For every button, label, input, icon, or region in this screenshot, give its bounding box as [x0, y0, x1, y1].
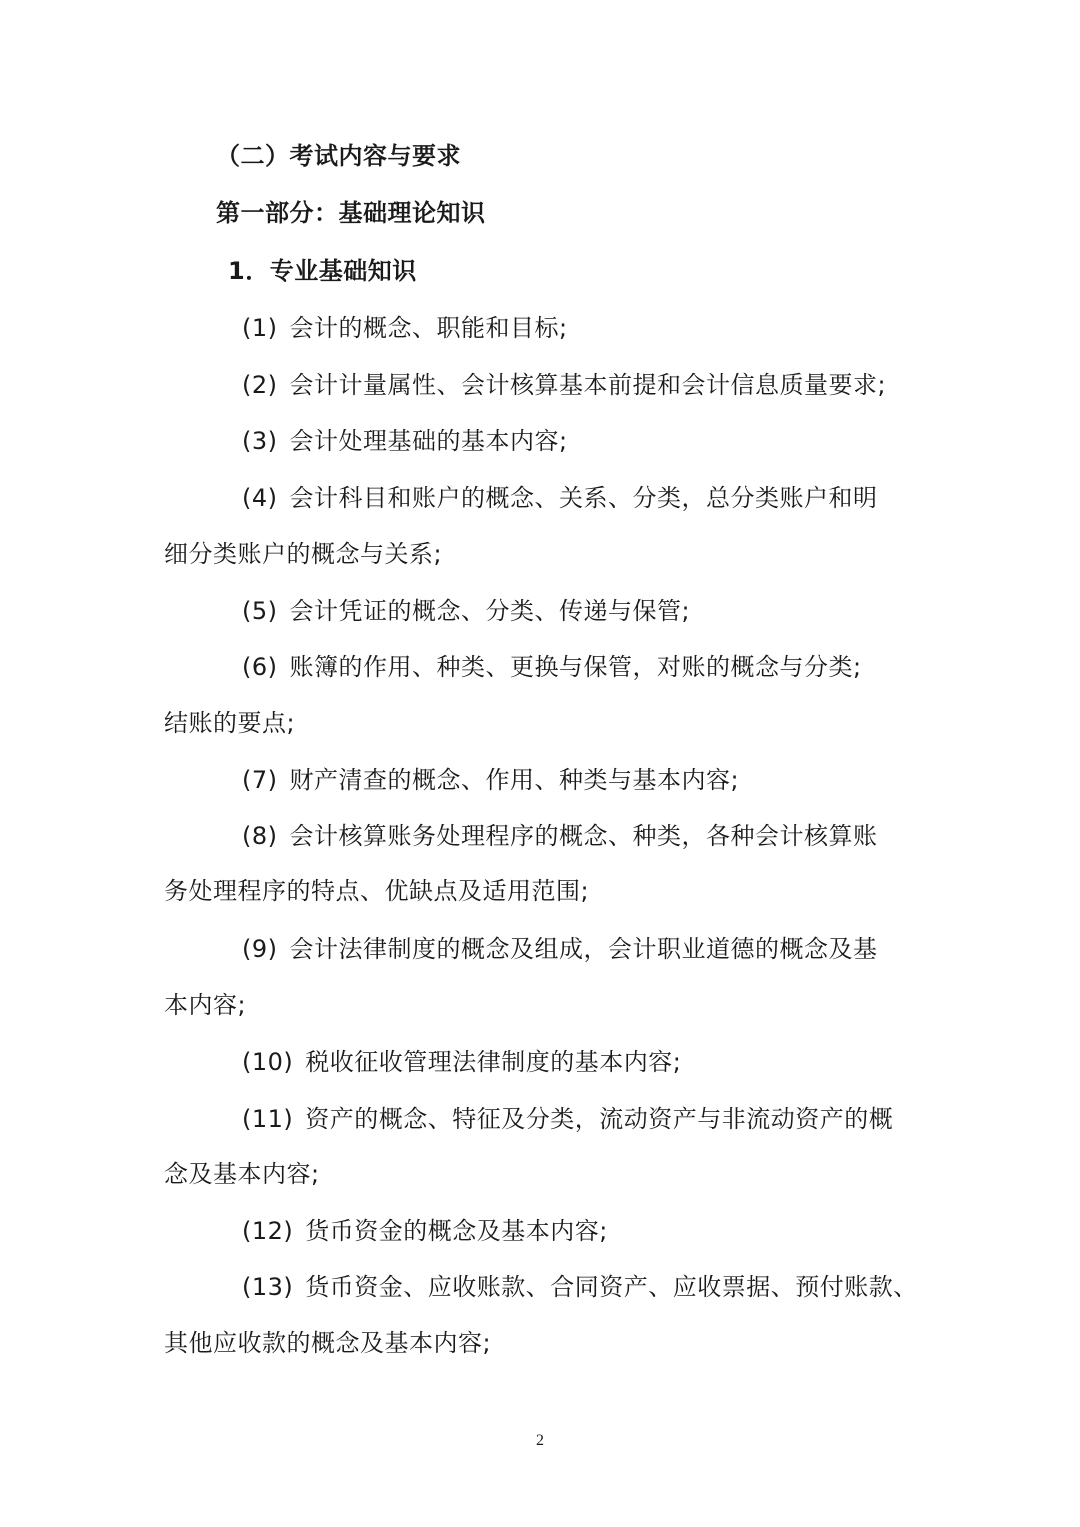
item-number: (4) [242, 484, 278, 512]
list-item: (8)会计核算账务处理程序的概念、种类，各种会计核算账 [242, 821, 878, 851]
subsection-heading: 1．专业基础知识 [228, 256, 417, 286]
list-item: (11)资产的概念、特征及分类，流动资产与非流动资产的概 [242, 1104, 893, 1134]
item-number: (5) [242, 597, 278, 625]
item-number: (2) [242, 371, 278, 399]
list-item: (1)会计的概念、职能和目标; [242, 313, 568, 343]
list-item: (5)会计凭证的概念、分类、传递与保管; [242, 596, 690, 626]
item-number: (13) [242, 1273, 293, 1301]
item-text: 货币资金、应收账款、合同资产、应收票据、预付账款、 [305, 1273, 918, 1301]
list-item: (6)账簿的作用、种类、更换与保管，对账的概念与分类; [242, 652, 862, 682]
list-item: (3)会计处理基础的基本内容; [242, 426, 568, 456]
item-number: (12) [242, 1217, 293, 1245]
item-text: 会计凭证的概念、分类、传递与保管; [290, 597, 691, 625]
item-number: (3) [242, 427, 278, 455]
list-item: (10)税收征收管理法律制度的基本内容; [242, 1047, 681, 1077]
list-item: (7)财产清查的概念、作用、种类与基本内容; [242, 765, 739, 795]
item-number: (6) [242, 653, 278, 681]
item-number: (7) [242, 766, 278, 794]
part-heading: 第一部分：基础理论知识 [216, 198, 486, 228]
item-text: 财产清查的概念、作用、种类与基本内容; [290, 766, 740, 794]
list-item: (4)会计科目和账户的概念、关系、分类，总分类账户和明 [242, 483, 878, 513]
item-text: 税收征收管理法律制度的基本内容; [305, 1048, 681, 1076]
item-number: (11) [242, 1105, 293, 1133]
section-heading: （二）考试内容与要求 [216, 141, 461, 171]
item-number: (1) [242, 314, 278, 342]
list-item-continuation: 本内容; [164, 990, 246, 1020]
document-page: （二）考试内容与要求 第一部分：基础理论知识 1．专业基础知识 (1)会计的概念… [0, 0, 1080, 1527]
list-item-continuation: 其他应收款的概念及基本内容; [164, 1328, 491, 1358]
list-item: (13)货币资金、应收账款、合同资产、应收票据、预付账款、 [242, 1272, 918, 1302]
page-number: 2 [0, 1432, 1080, 1450]
list-item-continuation: 细分类账户的概念与关系; [164, 539, 442, 569]
item-number: (10) [242, 1048, 293, 1076]
list-item-continuation: 务处理程序的特点、优缺点及适用范围; [164, 876, 589, 906]
item-text: 账簿的作用、种类、更换与保管，对账的概念与分类; [290, 653, 862, 681]
list-item: (2)会计计量属性、会计核算基本前提和会计信息质量要求; [242, 370, 886, 400]
list-item: (12)货币资金的概念及基本内容; [242, 1216, 608, 1246]
item-text: 资产的概念、特征及分类，流动资产与非流动资产的概 [305, 1105, 893, 1133]
item-text: 会计的概念、职能和目标; [290, 314, 568, 342]
item-text: 会计科目和账户的概念、关系、分类，总分类账户和明 [290, 484, 878, 512]
list-item: (9)会计法律制度的概念及组成，会计职业道德的概念及基 [242, 934, 878, 964]
item-text: 会计法律制度的概念及组成，会计职业道德的概念及基 [290, 935, 878, 963]
item-text: 货币资金的概念及基本内容; [305, 1217, 608, 1245]
item-text: 会计处理基础的基本内容; [290, 427, 568, 455]
item-number: (9) [242, 935, 278, 963]
item-number: (8) [242, 822, 278, 850]
list-item-continuation: 结账的要点; [164, 708, 295, 738]
item-text: 会计核算账务处理程序的概念、种类，各种会计核算账 [290, 822, 878, 850]
item-text: 会计计量属性、会计核算基本前提和会计信息质量要求; [290, 371, 887, 399]
list-item-continuation: 念及基本内容; [164, 1159, 320, 1189]
